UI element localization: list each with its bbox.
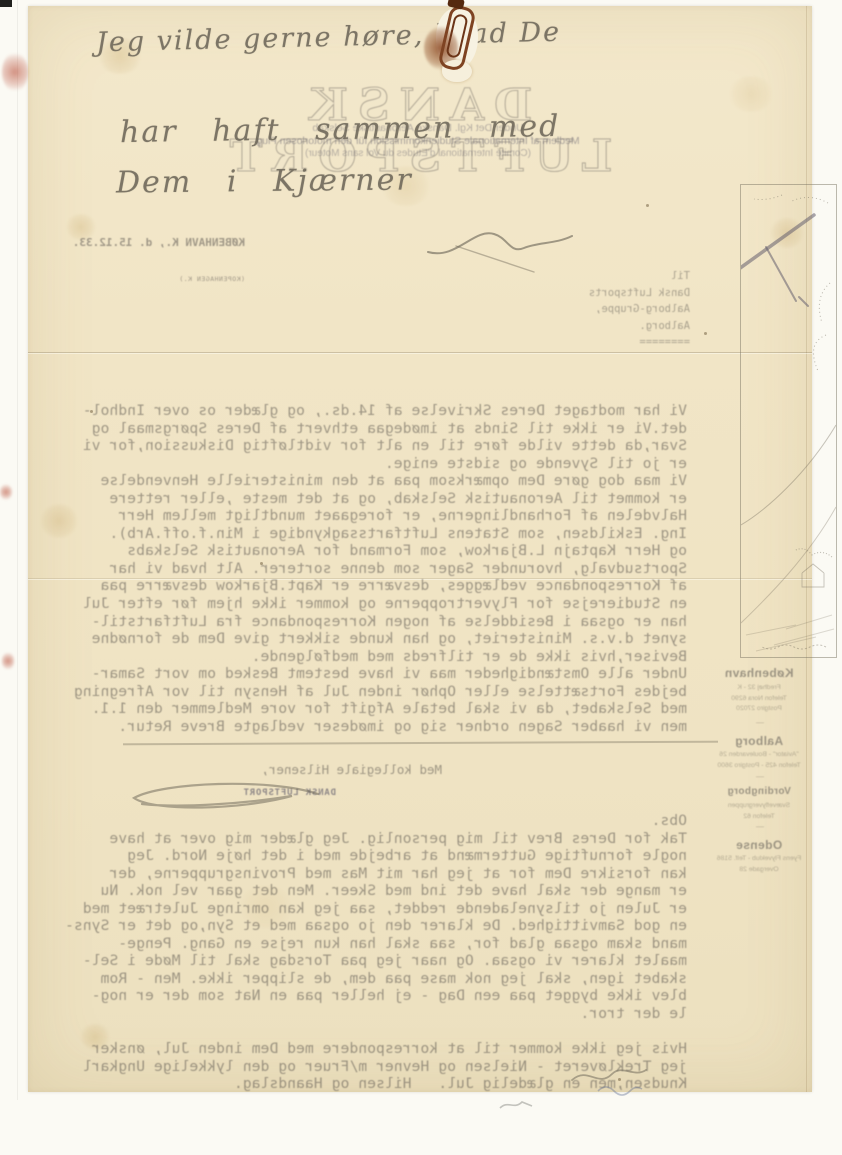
closing-line: Med kollegiale Hilsener, [262,762,442,777]
office-name-aalborg: Aalborg [707,734,811,748]
office-separator: — [707,822,811,831]
blue-pencil-mark [596,1082,644,1096]
office-separator: — [707,718,811,727]
place-date-text: KØBENHAVN K., d. 15.12.33. [60,236,245,249]
scan-edge-chip [0,0,12,7]
paperclip [420,2,495,94]
letterhead-subtitle-3: (Comité International d'Etudes du Vol sa… [148,148,688,159]
stain [40,504,78,538]
glider-emblem-box [740,184,837,658]
pencil-underline [123,741,718,746]
red-smudge [2,52,28,92]
office-name-copenhagen: København [707,666,811,680]
red-smudge [0,484,12,500]
recipient-address: TilDansk LuftsportsAalborg-Gruppe,Aalbor… [560,268,690,351]
office-lines-odense: Fyens Flyveklub - Telf. 5186Overgade 28 [707,854,811,875]
office-name-vordingborg: Vordingborg [707,786,811,797]
margin-pencil-check [498,1096,536,1114]
handwriting-line-2: har haft sammen med [120,109,561,150]
place-alt-text: (KOPENHAGEN K.) [60,275,245,283]
speck [704,332,707,335]
office-name-odense: Odense [707,838,811,852]
scan-edge-line [17,0,18,1100]
pencil-flourish [120,782,335,818]
body-paragraph-2: Obs.Tak for Deres Brev til mig personlig… [87,812,687,1093]
paper-crease [28,352,812,354]
handwriting-line-3: Dem i Kjærner [116,162,413,200]
office-lines-vordingborg: SvæveflyvergruppenTelefon 62 [707,801,811,822]
pencil-signature-squiggle [416,212,586,278]
speck [646,204,649,207]
hillside-sketch [741,425,836,651]
office-lines-copenhagen: Fredhøj 32 - KTelefon Nora 6290Postgiro … [707,683,811,715]
glider-landscape-sketch [741,185,836,657]
place-date-line: KØBENHAVN K., d. 15.12.33. (KOPENHAGEN K… [60,210,245,309]
red-smudge [2,652,14,670]
glider-icon [741,215,814,306]
office-sidebar: København Fredhøj 32 - KTelefon Nora 629… [707,662,811,882]
office-separator: — [707,772,811,781]
office-lines-aalborg: "Aviator" - Boulevarden 26Telefon 425 - … [707,750,811,771]
letter-paper: DANSK LUFTSPORT Under Det Kgl. Danske Ae… [28,6,812,1092]
body-paragraph-1: Vi har modtaget Deres Skrivelse af 14.ds… [87,402,687,735]
scanner-background: DANSK LUFTSPORT Under Det Kgl. Danske Ae… [0,0,842,1155]
